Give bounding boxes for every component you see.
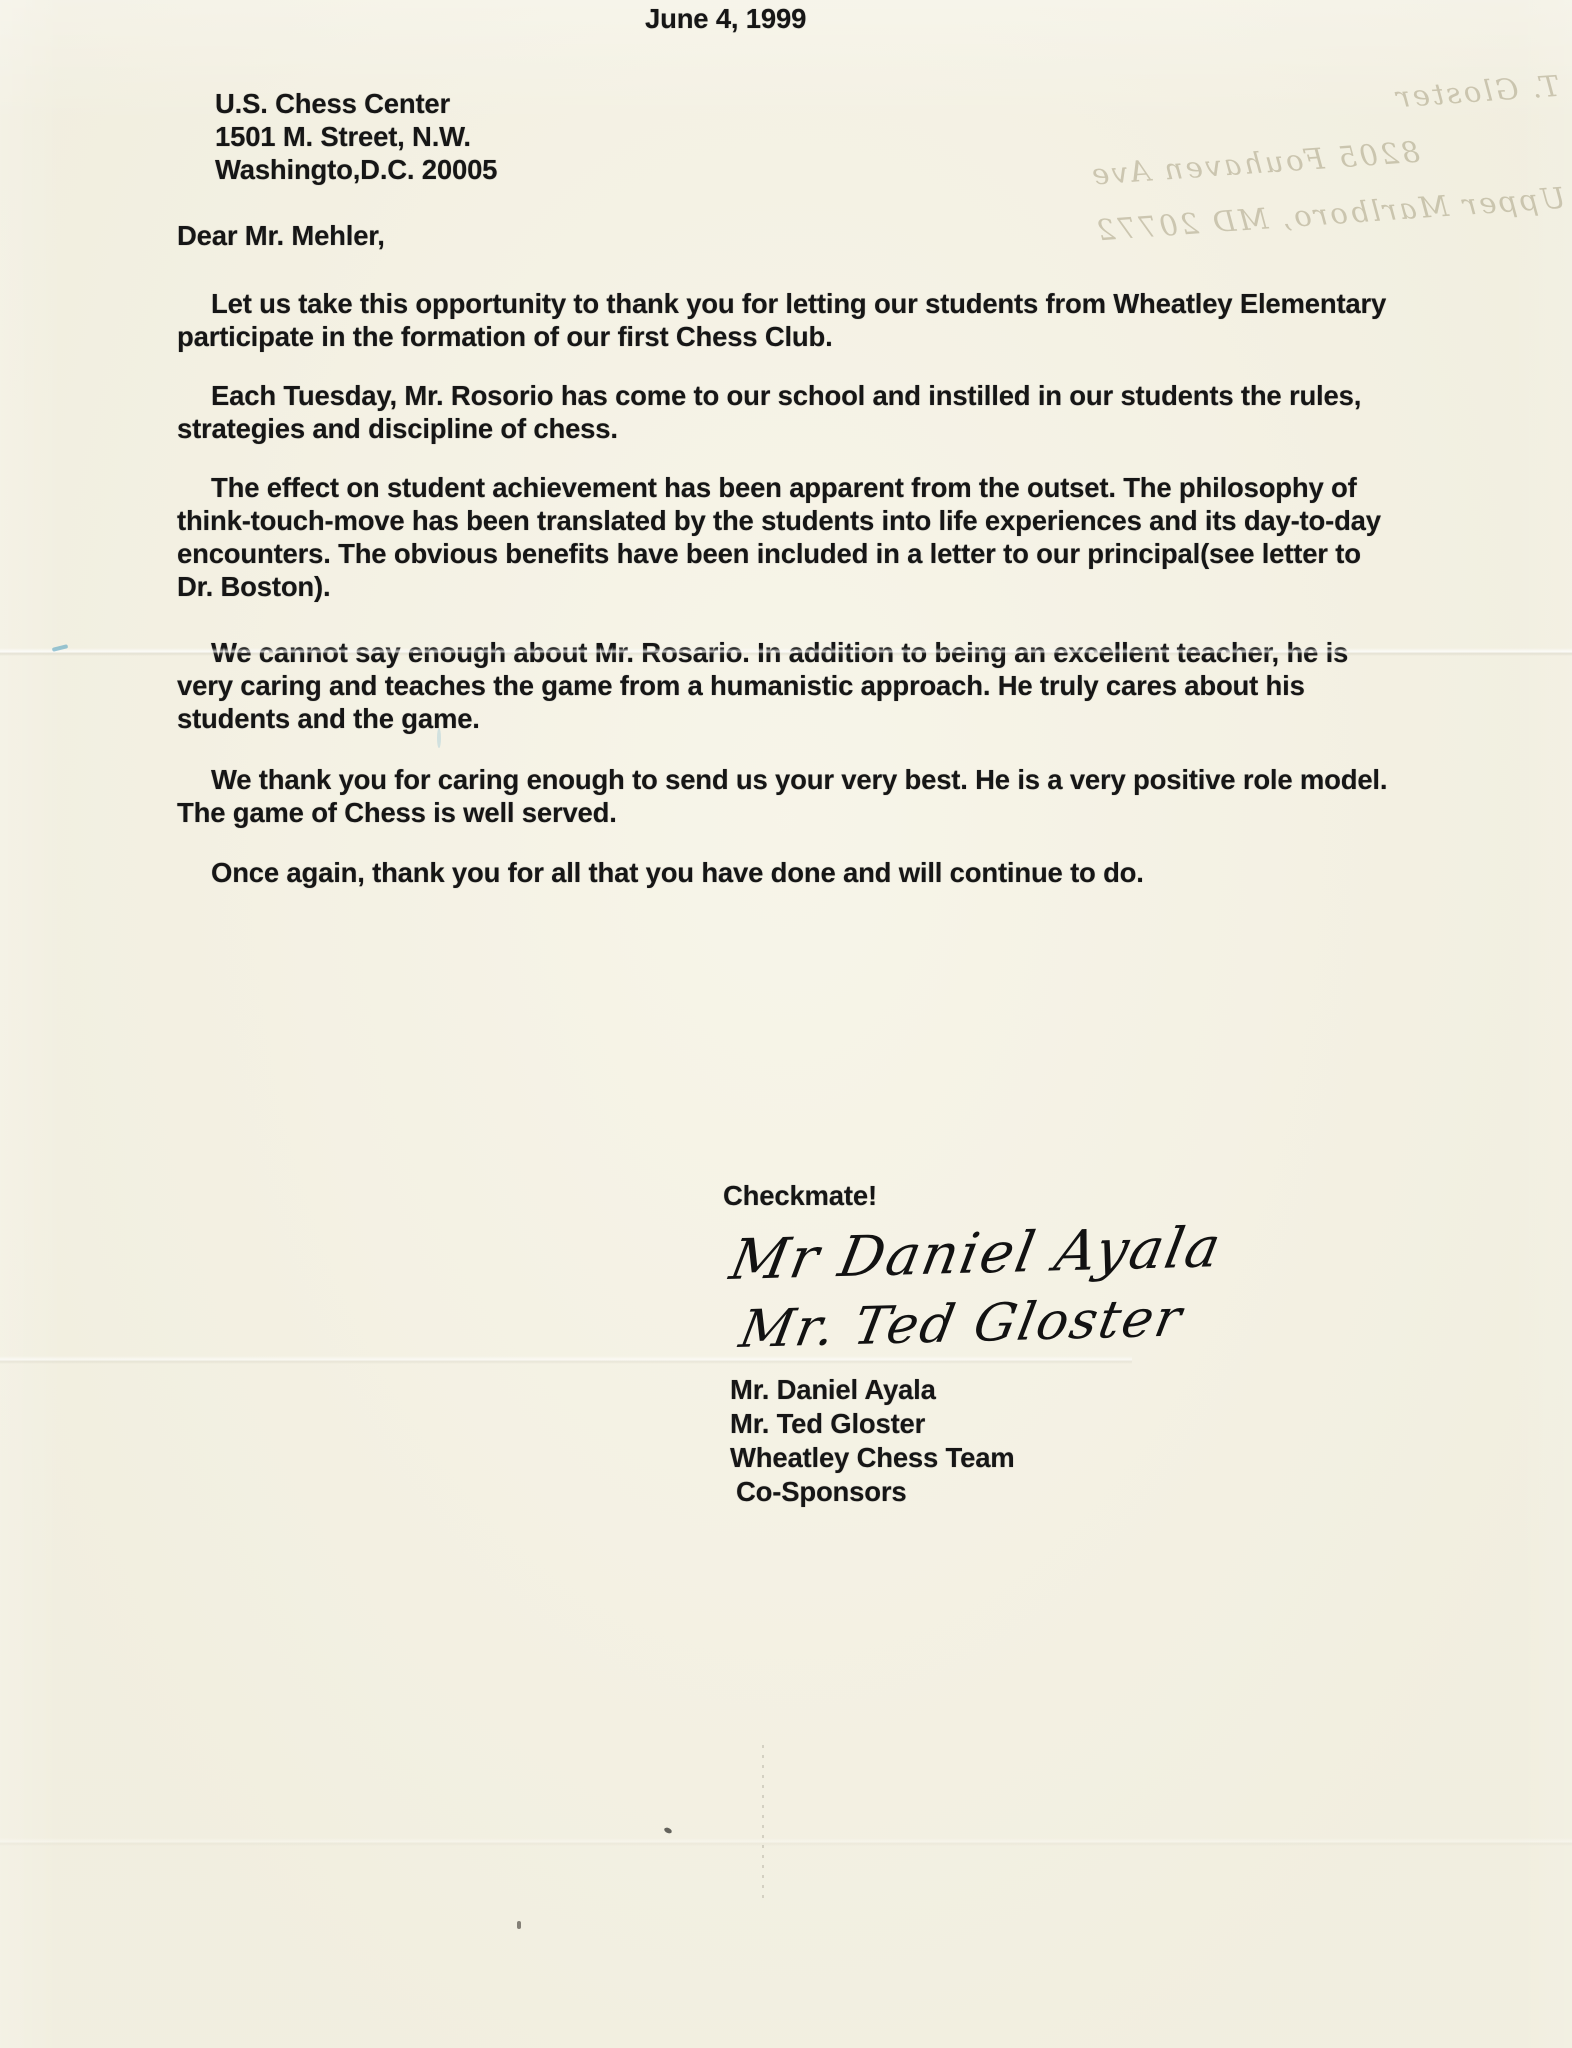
paragraph-line: Let us take this opportunity to thank yo… (177, 287, 1386, 320)
bleedthrough-handwriting: T. Gloster 8205 Fouhaven Ave Upper Marlb… (970, 57, 1572, 266)
paragraph-line: Dr. Boston). (177, 570, 1381, 603)
paragraph-line: Once again, thank you for all that you h… (177, 856, 1144, 889)
paragraph-line: We cannot say enough about Mr. Rosario. … (177, 636, 1348, 669)
scanned-letter-page: June 4, 1999 T. Gloster 8205 Fouhaven Av… (0, 0, 1572, 2048)
closing: Checkmate! (723, 1179, 877, 1212)
paragraph-4: We cannot say enough about Mr. Rosario. … (177, 636, 1348, 735)
signature-block-line: Mr. Ted Gloster (730, 1407, 1015, 1441)
paragraph-3: The effect on student achievement has be… (177, 471, 1381, 603)
paragraph-line: students and the game. (177, 702, 1348, 735)
address-line: Washingto,D.C. 20005 (215, 153, 497, 186)
paragraph-line: encounters. The obvious benefits have be… (177, 537, 1381, 570)
paragraph-2: Each Tuesday, Mr. Rosorio has come to ou… (177, 379, 1361, 445)
scratch-artifact (762, 1745, 764, 1905)
paragraph-line: strategies and discipline of chess. (177, 412, 1361, 445)
paragraph-line: think-touch-move has been translated by … (177, 504, 1381, 537)
blue-mark-artifact (52, 644, 68, 652)
signature-script-ted-gloster: Mr. Ted Gloster (735, 1289, 1188, 1360)
letter-date: June 4, 1999 (645, 2, 806, 35)
blue-smudge-artifact (437, 728, 441, 748)
paragraph-line: We thank you for caring enough to send u… (177, 763, 1387, 796)
paragraph-5: We thank you for caring enough to send u… (177, 763, 1387, 829)
salutation: Dear Mr. Mehler, (177, 219, 385, 252)
paragraph-1: Let us take this opportunity to thank yo… (177, 287, 1386, 353)
ink-speck (517, 1921, 521, 1929)
paragraph-line: participate in the formation of our firs… (177, 320, 1386, 353)
paragraph-6: Once again, thank you for all that you h… (177, 856, 1144, 889)
typed-signature-block: Mr. Daniel Ayala Mr. Ted Gloster Wheatle… (730, 1373, 1015, 1509)
paragraph-line: very caring and teaches the game from a … (177, 669, 1348, 702)
paragraph-line: The effect on student achievement has be… (177, 471, 1381, 504)
signature-script-daniel-ayala: Mr Daniel Ayala (725, 1215, 1227, 1293)
signature-block-line: Wheatley Chess Team (730, 1441, 1015, 1475)
signature-block-line: Mr. Daniel Ayala (730, 1373, 1015, 1407)
paragraph-line: The game of Chess is well served. (177, 796, 1387, 829)
address-line: U.S. Chess Center (215, 87, 497, 120)
ink-speck (663, 1827, 672, 1835)
recipient-address: U.S. Chess Center 1501 M. Street, N.W. W… (215, 87, 497, 186)
signature-block-line: Co-Sponsors (730, 1475, 1015, 1509)
paragraph-line: Each Tuesday, Mr. Rosorio has come to ou… (177, 379, 1361, 412)
address-line: 1501 M. Street, N.W. (215, 120, 497, 153)
fold-crease (0, 1356, 1132, 1364)
fold-crease (0, 1838, 1572, 1846)
